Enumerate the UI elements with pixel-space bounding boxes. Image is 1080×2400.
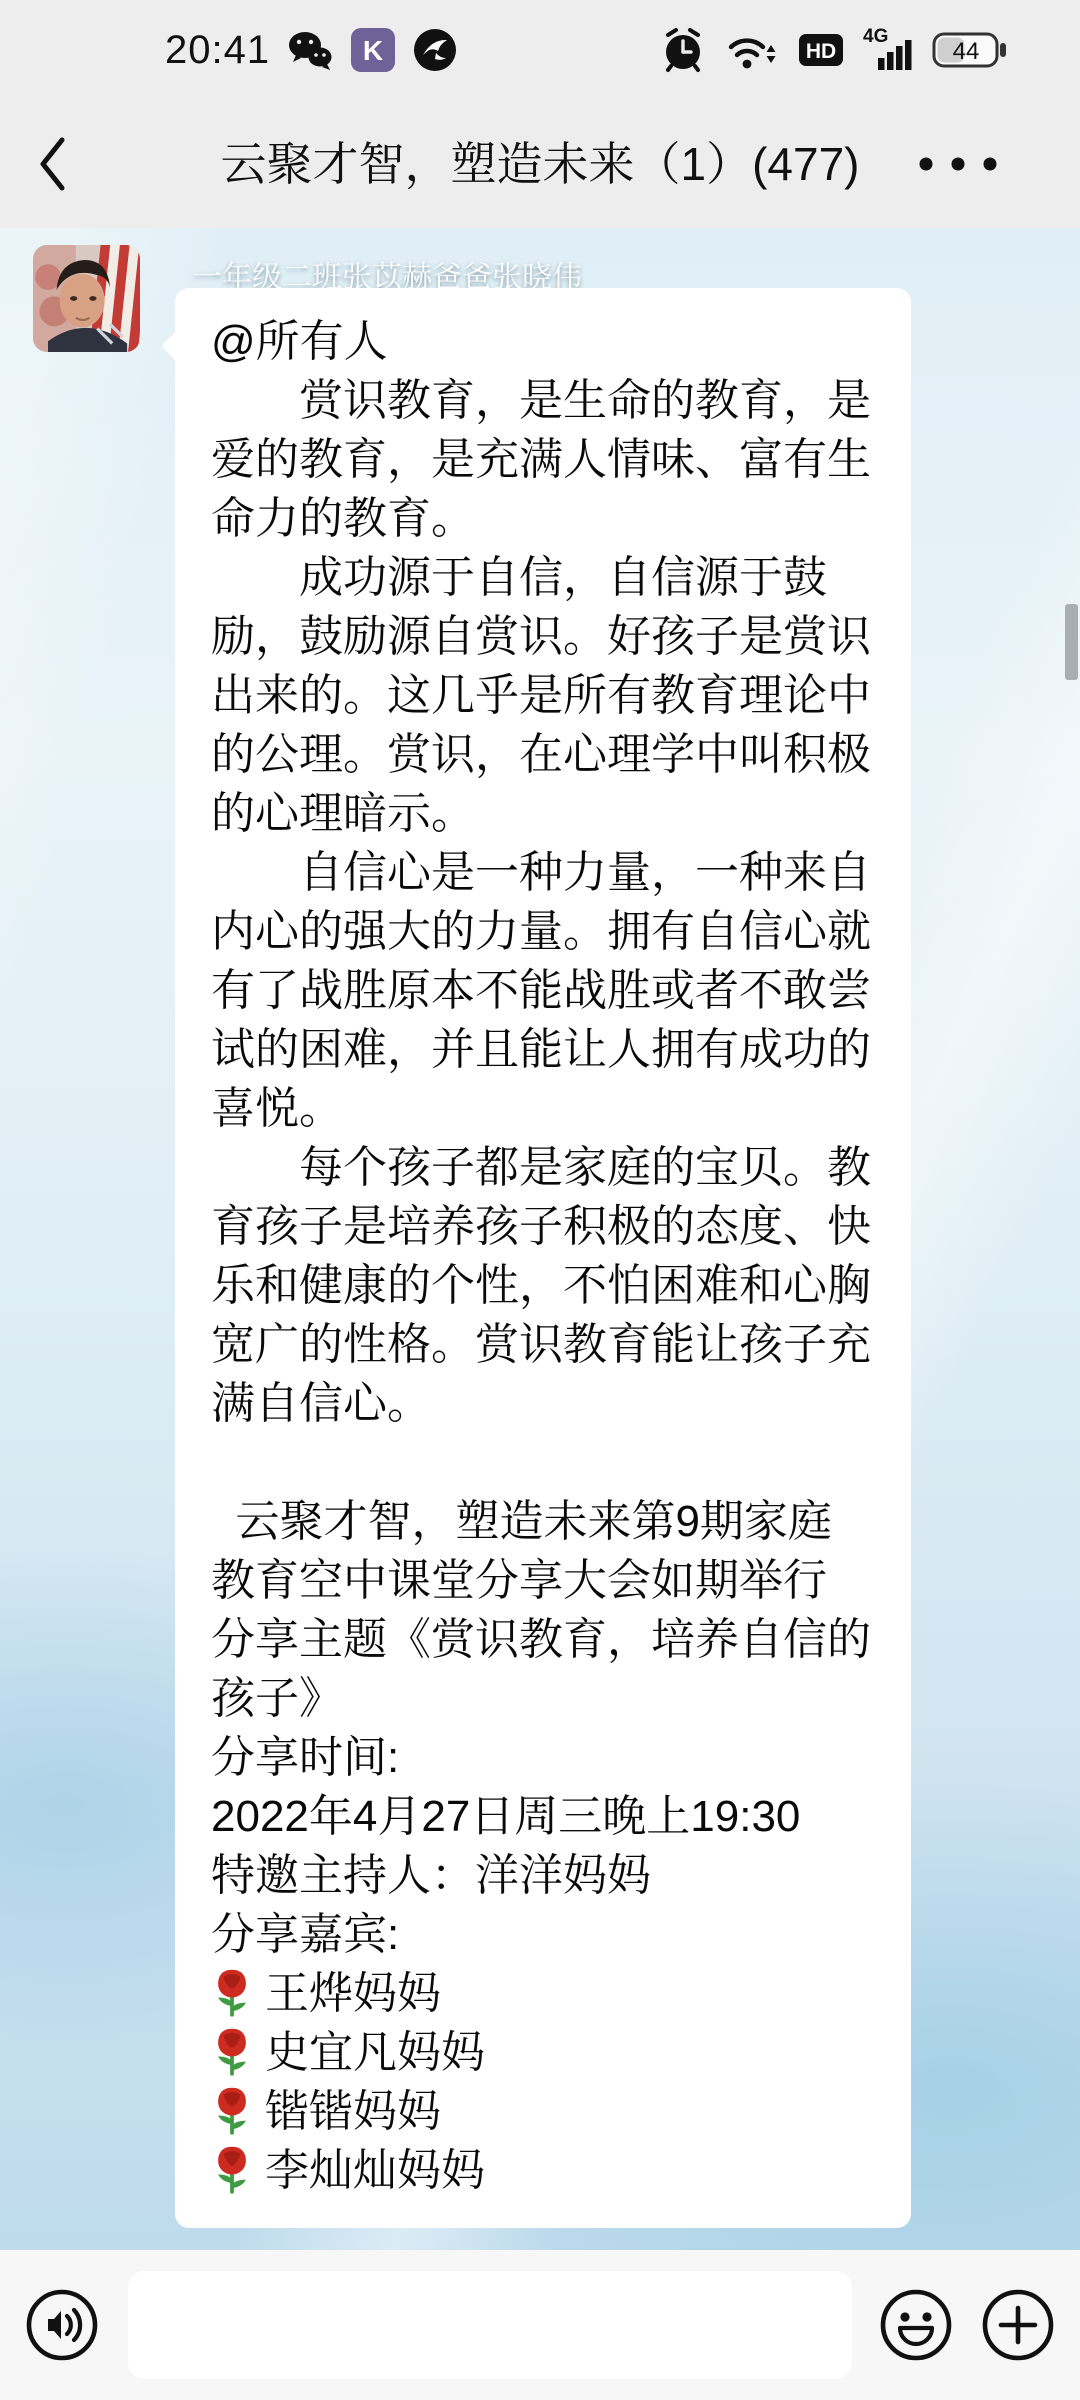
phone-screen: 20:41 K bbox=[0, 0, 1080, 2400]
message-input[interactable] bbox=[128, 2271, 852, 2379]
avatar[interactable] bbox=[33, 245, 140, 352]
more-menu-icon[interactable] bbox=[912, 154, 1004, 174]
nav-bar: 云聚才智，塑造未来（1）(477) bbox=[0, 100, 1080, 228]
k-app-icon: K bbox=[350, 27, 396, 73]
rose-icon bbox=[211, 1968, 253, 2020]
scrollbar-thumb[interactable] bbox=[1065, 604, 1078, 680]
message-text: @所有人 赏识教育，是生命的教育，是 爱的教育，是充满人情味、富有生 命力的教育… bbox=[211, 312, 895, 1964]
bird-app-icon bbox=[412, 27, 458, 73]
svg-text:44: 44 bbox=[953, 38, 980, 65]
chat-area: 一年级二班张苡赫爸爸张晓伟 @所有人 赏识教育，是生命的教育，是 爱的教育，是充… bbox=[0, 228, 1080, 2250]
bubble-tail bbox=[161, 329, 195, 363]
guest-row: 王烨妈妈 bbox=[211, 1964, 895, 2023]
svg-text:HD: HD bbox=[806, 40, 836, 63]
emoji-icon[interactable] bbox=[878, 2287, 954, 2363]
input-bar bbox=[0, 2250, 1080, 2400]
message-bubble[interactable]: @所有人 赏识教育，是生命的教育，是 爱的教育，是充满人情味、富有生 命力的教育… bbox=[175, 288, 911, 2228]
guest-name: 史宜凡妈妈 bbox=[265, 2023, 485, 2082]
guest-list: 王烨妈妈 史宜凡妈妈 锴锴妈妈 李灿灿妈妈 bbox=[211, 1964, 895, 2200]
svg-text:K: K bbox=[363, 35, 383, 66]
guest-name: 李灿灿妈妈 bbox=[265, 2141, 485, 2200]
voice-icon[interactable] bbox=[24, 2287, 100, 2363]
rose-icon bbox=[211, 2086, 253, 2138]
wifi-icon bbox=[724, 27, 780, 73]
hd-badge-icon: HD bbox=[798, 32, 844, 68]
guest-row: 史宜凡妈妈 bbox=[211, 2023, 895, 2082]
svg-text:4G: 4G bbox=[863, 27, 888, 47]
signal-icon: 4G bbox=[862, 27, 914, 73]
rose-icon bbox=[211, 2027, 253, 2079]
guest-row: 锴锴妈妈 bbox=[211, 2082, 895, 2141]
guest-row: 李灿灿妈妈 bbox=[211, 2141, 895, 2200]
guest-name: 锴锴妈妈 bbox=[265, 2082, 441, 2141]
guest-name: 王烨妈妈 bbox=[265, 1964, 441, 2023]
status-bar: 20:41 K bbox=[0, 0, 1080, 100]
rose-icon bbox=[211, 2145, 253, 2197]
plus-icon[interactable] bbox=[980, 2287, 1056, 2363]
alarm-icon bbox=[660, 27, 706, 73]
status-time: 20:41 bbox=[165, 28, 270, 73]
wechat-icon bbox=[286, 29, 334, 71]
battery-icon: 44 bbox=[932, 30, 1008, 70]
